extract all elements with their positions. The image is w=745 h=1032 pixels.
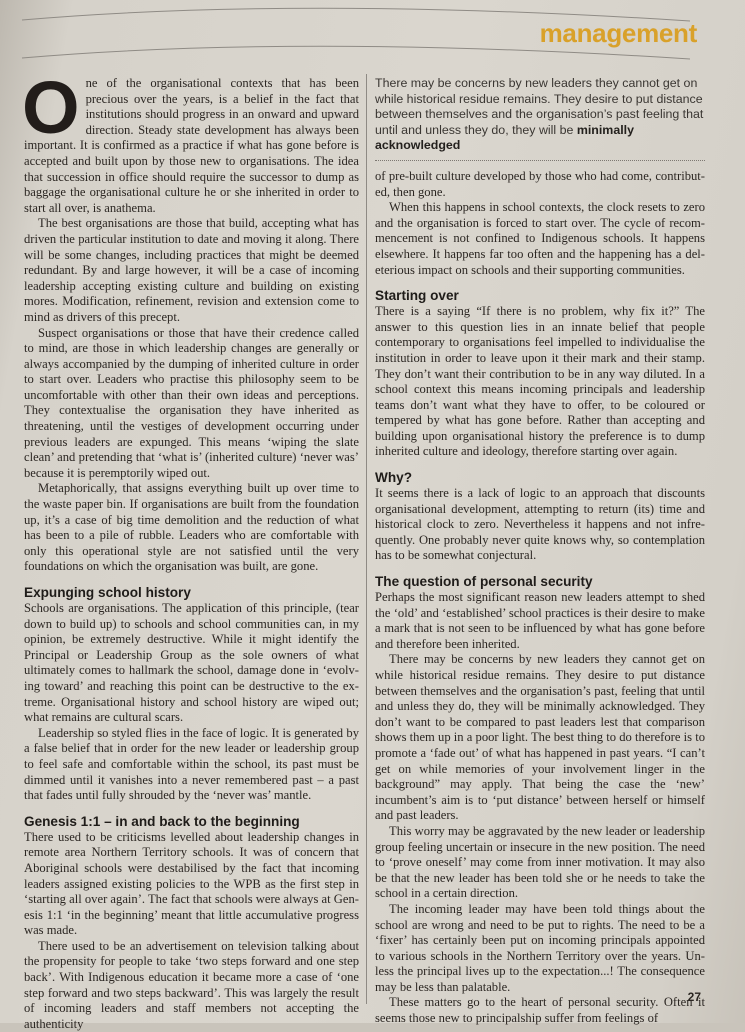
body-paragraph: There used to be criticisms levelled abo… bbox=[24, 830, 359, 939]
right-column: There may be concerns by new leaders the… bbox=[375, 76, 705, 1023]
header-bottom-rule bbox=[0, 42, 745, 72]
body-paragraph: The best organisations are those that bu… bbox=[24, 216, 359, 325]
section-heading: Expunging school history bbox=[24, 585, 359, 601]
column-divider bbox=[366, 74, 367, 1004]
body-paragraph: This worry may be aggravated by the new … bbox=[375, 824, 705, 902]
intro-paragraph: One of the organisational contexts that … bbox=[24, 76, 359, 216]
magazine-page: management One of the organisational con… bbox=[0, 0, 745, 1023]
body-paragraph: Suspect organisations or those that have… bbox=[24, 326, 359, 482]
section-heading: Why? bbox=[375, 470, 705, 486]
body-paragraph: Schools are organisations. The applicati… bbox=[24, 601, 359, 726]
section-heading: The question of personal security bbox=[375, 574, 705, 590]
page-number: 27 bbox=[688, 990, 701, 1004]
body-paragraph: It seems there is a lack of logic to an … bbox=[375, 486, 705, 564]
left-column: One of the organisational contexts that … bbox=[24, 76, 359, 1023]
pull-quote: There may be concerns by new leaders the… bbox=[375, 76, 705, 161]
body-paragraph: There is a saying “If there is no proble… bbox=[375, 304, 705, 460]
body-paragraph: of pre-built culture developed by those … bbox=[375, 169, 705, 200]
body-paragraph: When this happens in school contexts, th… bbox=[375, 200, 705, 278]
body-paragraph: There may be concerns by new leaders the… bbox=[375, 652, 705, 824]
body-paragraph: These matters go to the heart of persona… bbox=[375, 995, 705, 1023]
body-paragraph: Metaphorically, that assigns everything … bbox=[24, 481, 359, 575]
body-paragraph: There used to be an advertisement on tel… bbox=[24, 939, 359, 1023]
body-paragraph: Leadership so styled flies in the face o… bbox=[24, 726, 359, 804]
section-heading: Genesis 1:1 – in and back to the beginni… bbox=[24, 814, 359, 830]
body-paragraph: The incoming leader may have been told t… bbox=[375, 902, 705, 996]
body-paragraph: Perhaps the most significant reason new … bbox=[375, 590, 705, 652]
drop-cap: O bbox=[22, 78, 80, 138]
section-heading: Starting over bbox=[375, 288, 705, 304]
